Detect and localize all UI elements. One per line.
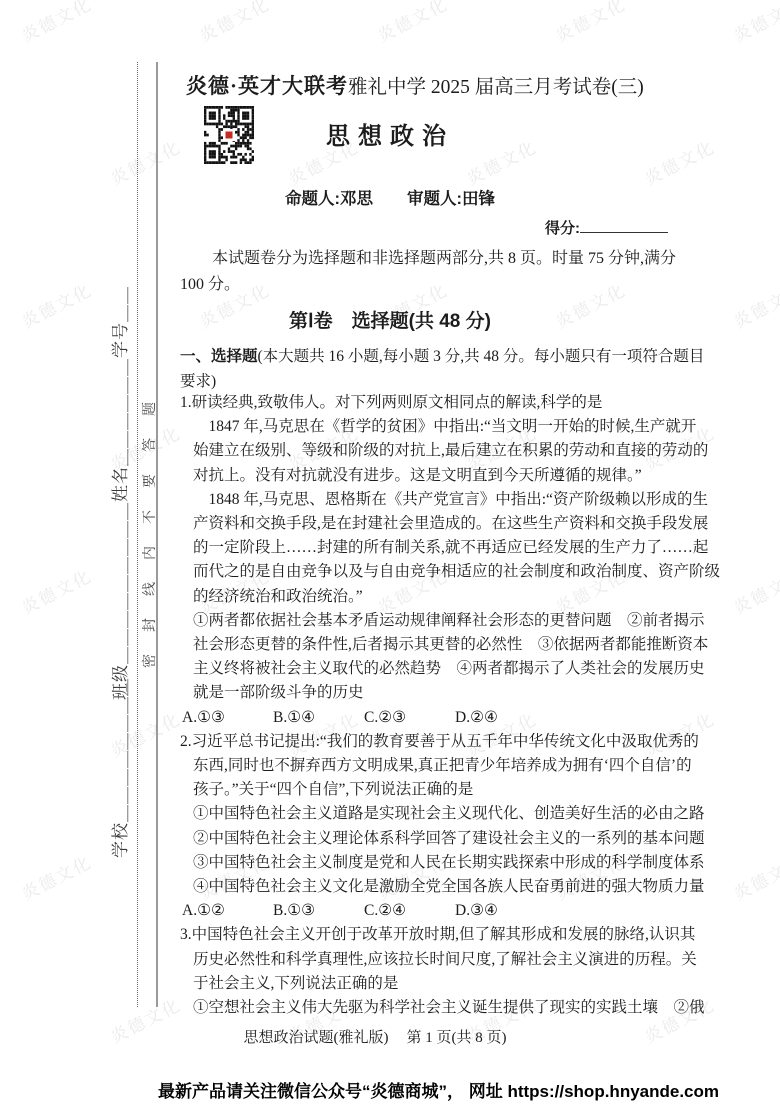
score-blank-line [580, 218, 668, 233]
seal-dotted-line [137, 62, 138, 1007]
choice-option: D.②④ [455, 706, 546, 730]
part-one-heading: 一、选择题(本大题共 16 小题,每小题 3 分,共 48 分。每小题只有一项符… [180, 344, 666, 394]
question-line: 主义终将被社会主义取代的必然趋势 ④两者都揭示了人类社会的发展历史 [193, 657, 670, 681]
watermark-text: 炎德文化 [194, 0, 273, 47]
question-line: ①两者都依据社会基本矛盾运动规律阐释社会形态的更替问题 ②前者揭示 [193, 609, 670, 633]
question-line: 的经济统治和政治统治。” [193, 585, 670, 609]
watermark-text: 炎德文化 [550, 0, 629, 47]
setters-line: 命题人:邓思审题人:田锋 [180, 185, 600, 209]
watermark-text: 炎德文化 [16, 562, 95, 619]
answer-choices: A.①③B.①④C.②③D.②④ [182, 706, 670, 730]
question-line: ①中国特色社会主义道路是实现社会主义现代化、创造美好生活的必由之路 [193, 802, 670, 826]
watermark-text: 炎德文化 [728, 562, 780, 619]
question-line: 社会形态更替的条件性,后者揭示其更替的必然性 ③依据两者都能推断资本 [193, 633, 670, 657]
watermark-text: 炎德文化 [105, 133, 184, 190]
question-line: ①空想社会主义伟大先驱为科学社会主义诞生提供了现实的实践土壤 ②俄 [193, 996, 670, 1020]
question-line: 1848 年,马克思、恩格斯在《共产党宣言》中指出:“资产阶级赖以形成的生 [193, 488, 670, 512]
question-line: 的一定阶段上……封建的所有制关系,就不再适应已经发展的生产力了……起 [193, 536, 670, 560]
choice-option: B.①④ [273, 706, 364, 730]
watermark-text: 炎德文化 [372, 0, 451, 47]
part-heading-note: (本大题共 16 小题,每小题 3 分,共 48 分。每小题只有一项符合题目 [258, 348, 705, 365]
question-line: 1847 年,马克思在《哲学的贫困》中指出:“当文明一开始的时候,生产就开 [193, 415, 670, 439]
watermark-text: 炎德文化 [16, 848, 95, 905]
reviewer-name: 审题人:田锋 [407, 190, 495, 208]
instruction-line: 100 分。 [180, 272, 666, 298]
question-line: 2.习近平总书记提出:“我们的教育要善于从五千年中华传统文化中汲取优秀的 [193, 730, 670, 754]
choice-option: B.①③ [273, 899, 364, 923]
student-info-fields: 班级＿＿＿＿＿＿＿＿＿姓名＿＿＿＿＿＿学号＿＿ [106, 288, 131, 700]
setter-name: 命题人:邓思 [285, 190, 373, 208]
footer-doc-label: 思想政治试题(雅礼版) [244, 1030, 389, 1046]
seal-notice: 密封线内不要答题 [139, 368, 159, 668]
choice-option: A.①③ [182, 706, 273, 730]
questions-list: 1.研读经典,致敬伟人。对下列两则原文相同点的解读,科学的是 1847 年,马克… [180, 391, 670, 1020]
question-line: 历史必然性和科学真理性,应该拉长时间尺度,了解社会主义演进的历程。关 [193, 948, 670, 972]
question-line: ④中国特色社会主义文化是激励全党全国各族人民奋勇前进的强大物质力量 [193, 875, 670, 899]
choice-option: D.③④ [455, 899, 546, 923]
question-1: 1.研读经典,致敬伟人。对下列两则原文相同点的解读,科学的是 1847 年,马克… [180, 391, 670, 730]
subject-title: 思想政治 [180, 116, 600, 151]
score-field: 得分: [545, 217, 668, 238]
question-line: ③中国特色社会主义制度是党和人民在长期实践探索中形成的科学制度体系 [193, 851, 670, 875]
school-field: 学校＿＿＿＿＿＿＿＿ [106, 680, 131, 858]
part-heading-bold: 一、选择题 [180, 348, 258, 365]
exam-header: 炎德·英才大联考雅礼中学 2025 届高三月考试卷(三) [186, 70, 644, 100]
exam-title: 雅礼中学 2025 届高三月考试卷(三) [348, 77, 644, 98]
instruction-line: 本试题卷分为选择题和非选择题两部分,共 8 页。时量 75 分钟,满分 [180, 246, 666, 272]
exam-page: 炎德文化炎德文化炎德文化炎德文化炎德文化炎德文化炎德文化炎德文化炎德文化炎德文化… [0, 0, 780, 1104]
question-line: 产资料和交换手段,是在封建社会里造成的。在这些生产资料和交换手段发展 [193, 512, 670, 536]
watermark-text: 炎德文化 [16, 0, 95, 47]
promo-banner: 最新产品请关注微信公众号“炎德商城”， 网址 https://shop.hnya… [158, 1077, 719, 1102]
question-line: 始建立在级别、等级和阶级的对抗上,最后建立在积累的劳动和直接的劳动的 [193, 439, 670, 463]
footer-page-number: 第 1 页(共 8 页) [407, 1030, 507, 1046]
question-line: 3.中国特色社会主义开创于改革开放时期,但了解其形成和发展的脉络,认识其 [193, 923, 670, 947]
exam-instructions: 本试题卷分为选择题和非选择题两部分,共 8 页。时量 75 分钟,满分100 分… [180, 246, 666, 298]
brand-series: 炎德·英才大联考 [186, 74, 348, 98]
question-line: 1.研读经典,致敬伟人。对下列两则原文相同点的解读,科学的是 [193, 391, 670, 415]
watermark-text: 炎德文化 [16, 276, 95, 333]
question-line: 东西,同时也不摒弃西方文明成果,真正把青少年培养成为拥有‘四个自信’的 [193, 754, 670, 778]
score-label: 得分: [545, 220, 580, 237]
question-line: 孩子。”关于“四个自信”,下列说法正确的是 [193, 778, 670, 802]
question-line: 于社会主义,下列说法正确的是 [193, 972, 670, 996]
answer-choices: A.①②B.①③C.②④D.③④ [182, 899, 670, 923]
question-line: 就是一部阶级斗争的历史 [193, 681, 670, 705]
watermark-text: 炎德文化 [639, 133, 718, 190]
choice-option: C.②④ [364, 899, 455, 923]
question-line: 对抗上。没有对抗就没有进步。这是文明直到今天所遵循的规律。” [193, 464, 670, 488]
question-line: 而代之的是自由竞争以及与自由竞争相适应的社会制度和政治制度、资产阶级 [193, 560, 670, 584]
watermark-text: 炎德文化 [728, 0, 780, 47]
question-2: 2.习近平总书记提出:“我们的教育要善于从五千年中华传统文化中汲取优秀的东西,同… [180, 730, 670, 924]
page-footer: 思想政治试题(雅礼版)第 1 页(共 8 页) [130, 1026, 620, 1047]
choice-option: A.①② [182, 899, 273, 923]
question-3: 3.中国特色社会主义开创于改革开放时期,但了解其形成和发展的脉络,认识其历史必然… [180, 923, 670, 1020]
choice-option: C.②③ [364, 706, 455, 730]
watermark-text: 炎德文化 [728, 848, 780, 905]
question-line: ②中国特色社会主义理论体系科学回答了建设社会主义的一系列的基本问题 [193, 827, 670, 851]
watermark-text: 炎德文化 [728, 276, 780, 333]
section-title: 第Ⅰ卷 选择题(共 48 分) [150, 306, 630, 333]
